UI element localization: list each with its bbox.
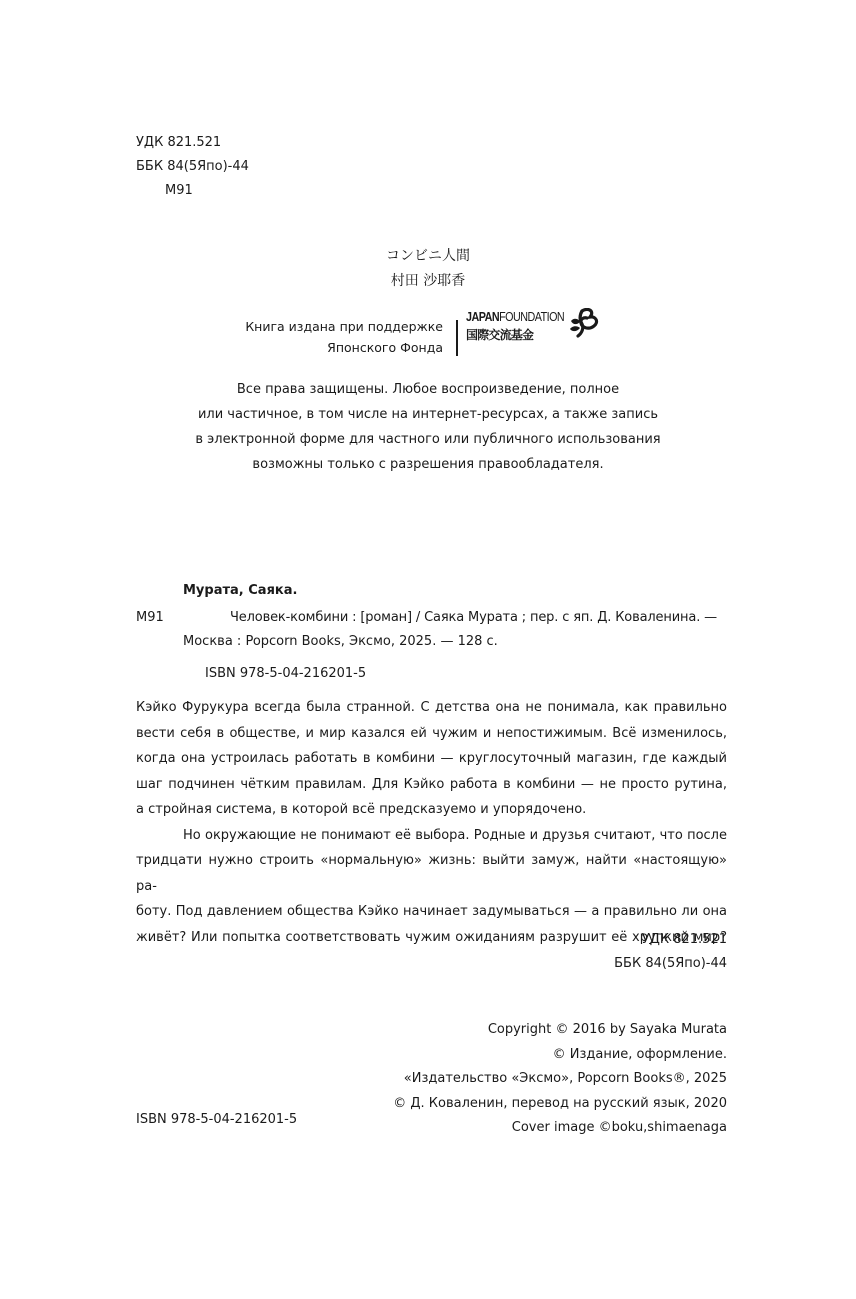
original-author: 村田 沙耶香	[0, 269, 856, 294]
annotation: Кэйко Фурукура всегда была странной. С д…	[136, 695, 727, 950]
logo-wordmark-light: FOUNDATION	[499, 310, 564, 324]
support-line-1: Книга издана при поддержке	[245, 316, 443, 337]
biblio-author-heading: Мурата, Саяка.	[183, 583, 297, 598]
annotation-line: Кэйко Фурукура всегда была странной. С д…	[136, 695, 727, 721]
logo-wordmark-bold: JAPAN	[466, 310, 499, 324]
japan-foundation-logo: JAPANFOUNDATION 国際交流基金	[466, 310, 580, 343]
annotation-line: шаг подчинен чётким правилам. Для Кэйко …	[136, 772, 727, 798]
logo-japanese: 国際交流基金	[466, 326, 580, 343]
support-divider	[456, 320, 458, 356]
copyright-line: © Издание, оформление.	[393, 1043, 727, 1068]
isbn: ISBN 978-5-04-216201-5	[136, 1112, 297, 1127]
annotation-line: Но окружающие не понимают её выбора. Род…	[136, 823, 727, 849]
copyright-line: Copyright © 2016 by Sayaka Murata	[393, 1018, 727, 1043]
annotation-line: тридцати нужно строить «нормальную» жизн…	[136, 848, 727, 899]
biblio-description-line-1: Человек-комбини : [роман] / Саяка Мурата…	[230, 610, 717, 625]
logo-wordmark: JAPANFOUNDATION	[466, 310, 564, 324]
annotation-line: когда она устроилась работать в комбини …	[136, 746, 727, 772]
biblio-author-mark: М91	[136, 610, 164, 625]
copyright-line: Cover image ©boku,shimaenaga	[393, 1116, 727, 1141]
bbk-code: ББК 84(5Япо)-44	[136, 155, 249, 179]
support-statement: Книга издана при поддержке Японского Фон…	[245, 316, 443, 358]
annotation-line: боту. Под давлением общества Кэйко начин…	[136, 899, 727, 925]
classification-codes-top: УДК 821.521 ББК 84(5Япо)-44 М91	[136, 131, 249, 203]
rights-line: возможны только с разрешения правооблада…	[0, 452, 856, 477]
original-title-block: コンビニ人間 村田 沙耶香	[0, 244, 856, 294]
biblio-description-line-2: Москва : Popcorn Books, Эксмо, 2025. — 1…	[183, 634, 498, 649]
udk-code: УДК 821.521	[136, 131, 249, 155]
annotation-line: а стройная система, в которой всё предск…	[136, 797, 727, 823]
copyright-line: «Издательство «Эксмо», Popcorn Books®, 2…	[393, 1067, 727, 1092]
rights-notice: Все права защищены. Любое воспроизведени…	[0, 377, 856, 477]
original-title: コンビニ人間	[0, 244, 856, 269]
classification-codes-bottom: УДК 821.521 ББК 84(5Япо)-44	[614, 928, 727, 976]
author-mark: М91	[136, 179, 249, 203]
bbk-code: ББК 84(5Япо)-44	[614, 952, 727, 976]
annotation-paragraph-1: Кэйко Фурукура всегда была странной. С д…	[136, 695, 727, 823]
biblio-isbn: ISBN 978-5-04-216201-5	[205, 666, 366, 681]
support-line-2: Японского Фонда	[245, 337, 443, 358]
japan-foundation-mark-icon	[568, 308, 600, 338]
rights-line: или частичное, в том числе на интернет-р…	[0, 402, 856, 427]
copyright-line: © Д. Коваленин, перевод на русский язык,…	[393, 1092, 727, 1117]
udk-code: УДК 821.521	[614, 928, 727, 952]
rights-line: в электронной форме для частного или пуб…	[0, 427, 856, 452]
annotation-line: вести себя в обществе, и мир казался ей …	[136, 721, 727, 747]
copyright-block: Copyright © 2016 by Sayaka Murata © Изда…	[393, 1018, 727, 1141]
rights-line: Все права защищены. Любое воспроизведени…	[0, 377, 856, 402]
